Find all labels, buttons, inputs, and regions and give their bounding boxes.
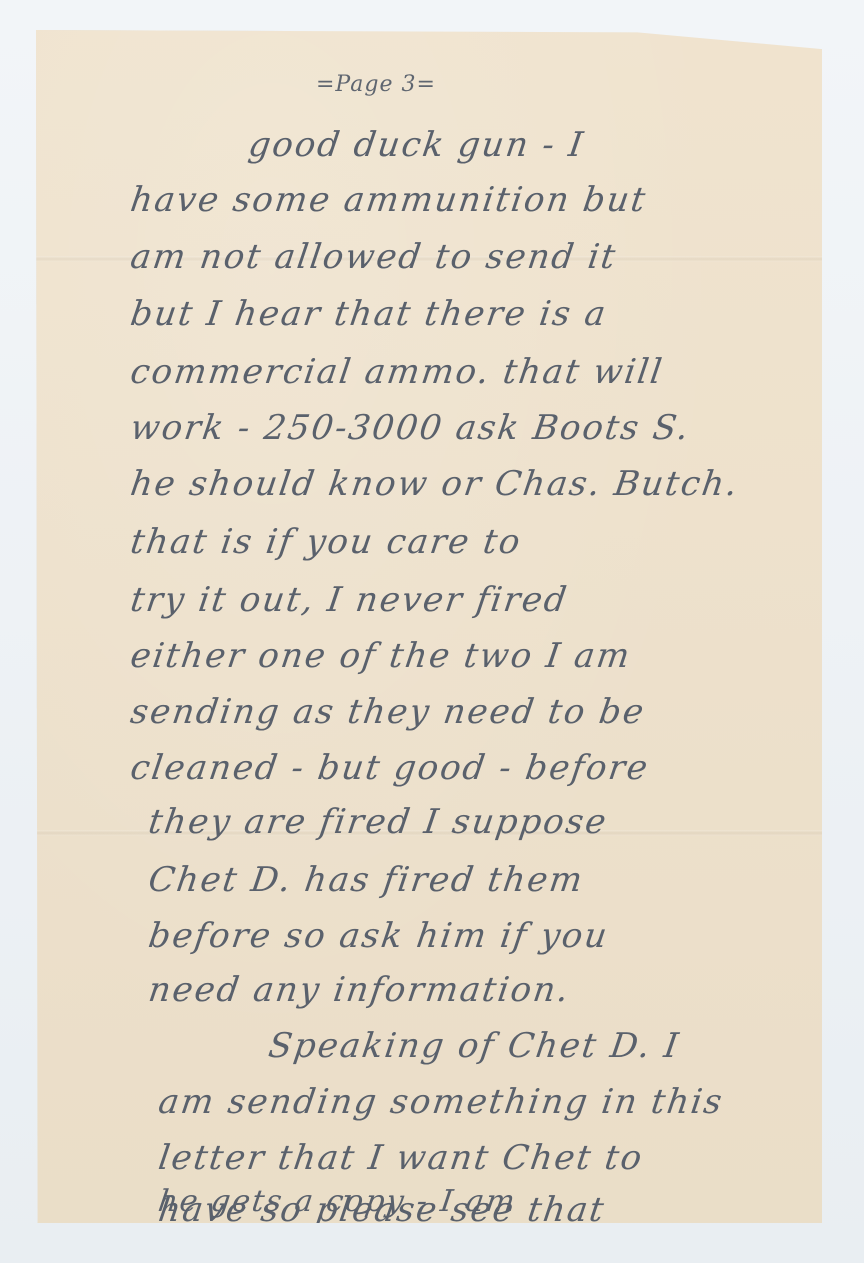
handwritten-line: before so ask him if you xyxy=(146,916,611,956)
handwritten-line-last: he gets a copy - I am xyxy=(156,1184,519,1219)
letter-page: =Page 3= good duck gun - I have some amm… xyxy=(36,30,822,1223)
handwritten-line: but I hear that there is a xyxy=(128,294,610,334)
handwritten-line: Chet D. has fired them xyxy=(146,860,587,900)
handwritten-line: sending as they need to be xyxy=(128,692,648,732)
handwritten-line: Speaking of Chet D. I xyxy=(266,1026,682,1066)
handwritten-line: am not allowed to send it xyxy=(128,237,620,277)
page-number-header: =Page 3= xyxy=(316,72,436,97)
handwritten-line: work - 250-3000 ask Boots S. xyxy=(128,408,693,448)
handwritten-line: either one of the two I am xyxy=(128,636,634,676)
handwritten-line: letter that I want Chet to xyxy=(156,1138,646,1178)
handwritten-line: have some ammunition but xyxy=(128,180,649,220)
handwritten-line: try it out, I never fired xyxy=(128,580,571,620)
handwritten-line: he should know or Chas. Butch. xyxy=(128,464,742,504)
handwritten-line: commercial ammo. that will xyxy=(128,352,666,392)
handwritten-line: they are fired I suppose xyxy=(146,802,610,842)
handwritten-line: good duck gun - I xyxy=(246,125,587,165)
handwritten-line: am sending something in this xyxy=(156,1082,726,1122)
handwritten-line: cleaned - but good - before xyxy=(128,748,652,788)
handwritten-line: need any information. xyxy=(146,970,573,1010)
handwritten-line: that is if you care to xyxy=(128,522,524,562)
